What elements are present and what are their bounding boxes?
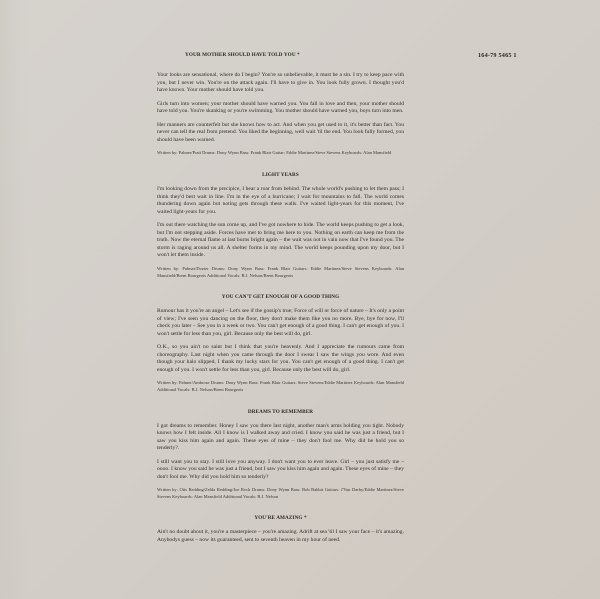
song-title: LIGHT YEARS — [157, 172, 404, 178]
song-youre-amazing: YOU'RE AMAZING * Ain't no doubt about it… — [157, 515, 404, 544]
lyric-paragraph: I got dreams to remember. Honey I saw yo… — [157, 423, 404, 453]
lyric-paragraph: Ain't no doubt about it, you're a master… — [157, 529, 404, 544]
lyric-paragraph: Her manners are counterfeit but she know… — [157, 122, 404, 145]
catalog-number: 164-79 5465 1 — [478, 52, 517, 59]
song-dreams-to-remember: DREAMS TO REMEMBER I got dreams to remem… — [157, 409, 404, 501]
song-title: YOUR MOTHER SHOULD HAVE TOLD YOU * — [157, 52, 404, 58]
lyrics-column: YOUR MOTHER SHOULD HAVE TOLD YOU * Your … — [157, 52, 404, 544]
lyric-paragraph: Rumour has it you're an angel – Let's se… — [157, 308, 404, 338]
lyric-paragraph: I still want you to stay. I still love y… — [157, 459, 404, 482]
song-title: YOU'RE AMAZING * — [157, 515, 404, 521]
lyric-paragraph: O.K., so you ain't no saint but I think … — [157, 344, 404, 374]
song-light-years: LIGHT YEARS I'm looking down from the pr… — [157, 172, 404, 279]
song-you-cant-get-enough-of-a-good-thing: YOU CAN'T GET ENOUGH OF A GOOD THING Rum… — [157, 294, 404, 393]
lyric-paragraph: Your looks are sensational, where do I b… — [157, 72, 404, 95]
song-credits: Written by: Palmer/Pratt Drums: Dony Wyn… — [157, 149, 404, 156]
song-title: DREAMS TO REMEMBER — [157, 409, 404, 415]
lyric-paragraph: Girls turn into women; your mother shoul… — [157, 101, 404, 116]
song-credits: Written by: Palmer/Dozier Drums: Dony Wy… — [157, 265, 404, 279]
song-credits: Written by: Otis Redding/Zelda Redding/J… — [157, 486, 404, 500]
paper-edge-shadow — [0, 0, 28, 599]
song-credits: Written by: Palmer/Ambrose Drums: Dony W… — [157, 379, 404, 393]
song-title: YOU CAN'T GET ENOUGH OF A GOOD THING — [157, 294, 404, 300]
lyric-sheet: 164-79 5465 1 YOUR MOTHER SHOULD HAVE TO… — [0, 0, 600, 599]
song-your-mother-should-have-told-you: YOUR MOTHER SHOULD HAVE TOLD YOU * Your … — [157, 52, 404, 156]
lyric-paragraph: I'm out there watching the sun come up, … — [157, 222, 404, 260]
lyric-paragraph: I'm looking down from the precipice, I h… — [157, 186, 404, 216]
